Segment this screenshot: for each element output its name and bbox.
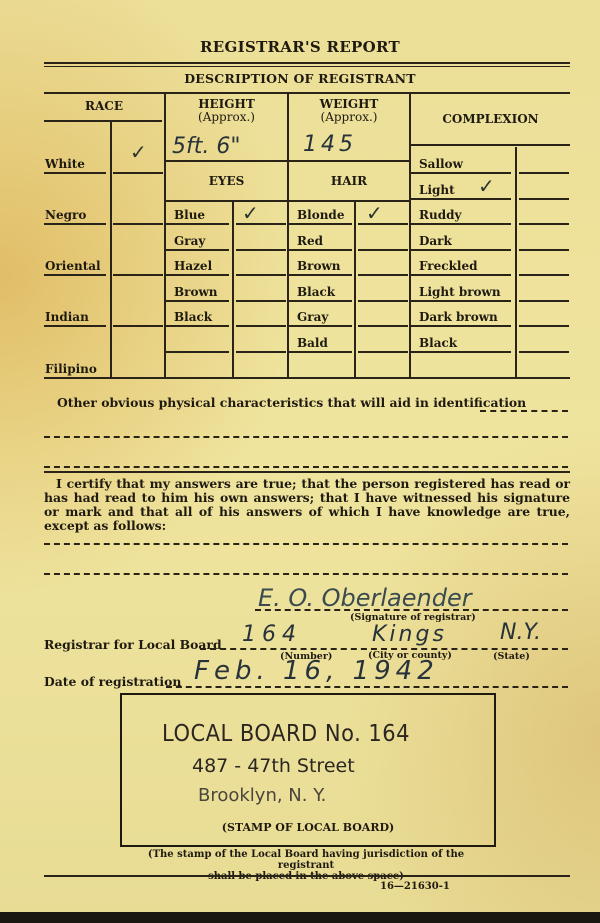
divider bbox=[232, 202, 234, 378]
rule bbox=[358, 351, 408, 353]
rule bbox=[44, 274, 106, 276]
hair-option-blonde: Blonde bbox=[297, 208, 344, 222]
rule bbox=[166, 223, 229, 225]
registrar-signature[interactable]: E. O. Oberlaender bbox=[258, 584, 472, 612]
rule bbox=[289, 223, 352, 225]
rule bbox=[166, 249, 229, 251]
local-board-label: Registrar for Local Board bbox=[44, 638, 222, 652]
complexion-option-dark: Dark bbox=[419, 234, 452, 248]
divider bbox=[515, 147, 517, 378]
registrars-report-card: REGISTRAR'S REPORT DESCRIPTION OF REGIST… bbox=[0, 0, 600, 923]
rule bbox=[236, 300, 286, 302]
race-check-white[interactable]: ✓ bbox=[130, 140, 147, 164]
registration-date-line bbox=[166, 686, 568, 688]
race-option-filipino: Filipino bbox=[45, 362, 97, 376]
divider bbox=[354, 202, 356, 378]
rule bbox=[358, 223, 408, 225]
exceptions-line-1[interactable] bbox=[44, 543, 568, 545]
rule bbox=[236, 249, 286, 251]
weight-header-sub: (Approx.) bbox=[289, 111, 409, 124]
divider bbox=[409, 94, 411, 378]
rule bbox=[289, 300, 352, 302]
rule bbox=[289, 325, 352, 327]
race-option-oriental: Oriental bbox=[45, 259, 101, 273]
complexion-check-light[interactable]: ✓ bbox=[478, 174, 495, 198]
rule bbox=[519, 325, 569, 327]
rule bbox=[411, 172, 511, 174]
other-characteristics-line-3[interactable] bbox=[44, 466, 568, 468]
registration-date-value[interactable]: Feb. 16, 1942 bbox=[194, 656, 439, 686]
rule bbox=[166, 351, 229, 353]
eyes-option-black: Black bbox=[174, 310, 212, 324]
complexion-option-freckled: Freckled bbox=[419, 259, 477, 273]
weight-value[interactable]: 145 bbox=[303, 132, 357, 157]
rule bbox=[358, 325, 408, 327]
height-header-sub: (Approx.) bbox=[166, 111, 287, 124]
state-caption: (State) bbox=[493, 651, 530, 662]
race-option-indian: Indian bbox=[45, 310, 89, 324]
divider bbox=[164, 94, 166, 378]
race-option-white: White bbox=[45, 157, 85, 171]
height-header: HEIGHT (Approx.) bbox=[166, 98, 287, 124]
rule bbox=[289, 160, 409, 162]
complexion-option-light: Light bbox=[419, 183, 455, 197]
rule bbox=[519, 300, 569, 302]
rule bbox=[289, 351, 352, 353]
divider bbox=[287, 94, 289, 378]
rule bbox=[44, 172, 106, 174]
rule bbox=[236, 223, 286, 225]
rule bbox=[166, 300, 229, 302]
stamp-line-street: 487 - 47th Street bbox=[192, 755, 355, 777]
rule bbox=[236, 274, 286, 276]
local-board-city[interactable]: Kings bbox=[372, 622, 447, 647]
footer-rule bbox=[44, 875, 570, 877]
hair-check-blonde[interactable]: ✓ bbox=[366, 201, 383, 225]
complexion-option-ruddy: Ruddy bbox=[419, 208, 461, 222]
complexion-header: COMPLEXION bbox=[411, 113, 570, 126]
complexion-option-sallow: Sallow bbox=[419, 157, 463, 171]
local-board-stamp-box: LOCAL BOARD No. 164 487 - 47th Street Br… bbox=[120, 693, 496, 847]
rule bbox=[44, 120, 162, 122]
rule bbox=[519, 351, 569, 353]
rule bbox=[411, 144, 570, 146]
hair-option-gray: Gray bbox=[297, 310, 328, 324]
rule bbox=[113, 172, 163, 174]
rule bbox=[519, 198, 569, 200]
hair-option-red: Red bbox=[297, 234, 323, 248]
rule bbox=[289, 274, 352, 276]
rule bbox=[236, 325, 286, 327]
rule bbox=[166, 274, 229, 276]
eyes-option-blue: Blue bbox=[174, 208, 205, 222]
complexion-option-black: Black bbox=[419, 336, 457, 350]
rule bbox=[411, 223, 511, 225]
stamp-instructions: (The stamp of the Local Board having jur… bbox=[120, 849, 492, 882]
rule bbox=[411, 249, 511, 251]
rule bbox=[519, 172, 569, 174]
table-bottom-rule bbox=[44, 377, 570, 379]
rule bbox=[166, 160, 287, 162]
hair-header: HAIR bbox=[289, 175, 409, 188]
complexion-option-dark-brown: Dark brown bbox=[419, 310, 498, 324]
rule bbox=[236, 351, 286, 353]
other-characteristics-label: Other obvious physical characteristics t… bbox=[57, 396, 526, 410]
hair-option-bald: Bald bbox=[297, 336, 328, 350]
rule bbox=[113, 325, 163, 327]
rule bbox=[113, 223, 163, 225]
rule bbox=[519, 223, 569, 225]
rule bbox=[113, 274, 163, 276]
rule bbox=[411, 274, 511, 276]
stamp-instructions-line-1: (The stamp of the Local Board having jur… bbox=[120, 849, 492, 871]
divider bbox=[110, 122, 112, 378]
exceptions-line-2[interactable] bbox=[44, 573, 568, 575]
complexion-option-light-brown: Light brown bbox=[419, 285, 501, 299]
rule bbox=[44, 223, 106, 225]
rule bbox=[166, 325, 229, 327]
rule bbox=[358, 300, 408, 302]
eyes-header: EYES bbox=[166, 175, 287, 188]
other-characteristics-line-1[interactable] bbox=[480, 410, 568, 412]
rule bbox=[411, 351, 511, 353]
local-board-number[interactable]: 164 bbox=[242, 622, 302, 647]
other-characteristics-line-2[interactable] bbox=[44, 436, 568, 438]
eyes-option-brown: Brown bbox=[174, 285, 218, 299]
race-header: RACE bbox=[44, 100, 164, 113]
rule bbox=[289, 249, 352, 251]
weight-header: WEIGHT (Approx.) bbox=[289, 98, 409, 124]
stamp-caption: (STAMP OF LOCAL BOARD) bbox=[122, 821, 494, 834]
rule bbox=[358, 249, 408, 251]
local-board-state[interactable]: N.Y. bbox=[500, 620, 541, 645]
signature-line bbox=[255, 609, 568, 611]
card-bottom-edge bbox=[0, 912, 600, 923]
rule bbox=[44, 325, 106, 327]
hair-option-black: Black bbox=[297, 285, 335, 299]
rule bbox=[411, 300, 511, 302]
stamp-line-city: Brooklyn, N. Y. bbox=[198, 785, 326, 806]
stamp-line-board: LOCAL BOARD No. 164 bbox=[162, 720, 410, 747]
rule bbox=[411, 325, 511, 327]
rule bbox=[411, 198, 511, 200]
hair-option-brown: Brown bbox=[297, 259, 341, 273]
eyes-option-hazel: Hazel bbox=[174, 259, 212, 273]
height-value[interactable]: 5ft. 6" bbox=[172, 134, 240, 159]
description-table: RACE HEIGHT (Approx.) WEIGHT (Approx.) C… bbox=[0, 0, 600, 380]
rule bbox=[358, 274, 408, 276]
race-option-negro: Negro bbox=[45, 208, 86, 222]
certification-text: I certify that my answers are true; that… bbox=[44, 477, 570, 533]
section-rule bbox=[44, 471, 570, 473]
form-number: 16—21630-1 bbox=[380, 881, 450, 892]
registration-date-label: Date of registration bbox=[44, 675, 181, 689]
rule bbox=[519, 249, 569, 251]
eyes-option-gray: Gray bbox=[174, 234, 205, 248]
rule bbox=[519, 274, 569, 276]
eyes-check-blue[interactable]: ✓ bbox=[242, 201, 259, 225]
